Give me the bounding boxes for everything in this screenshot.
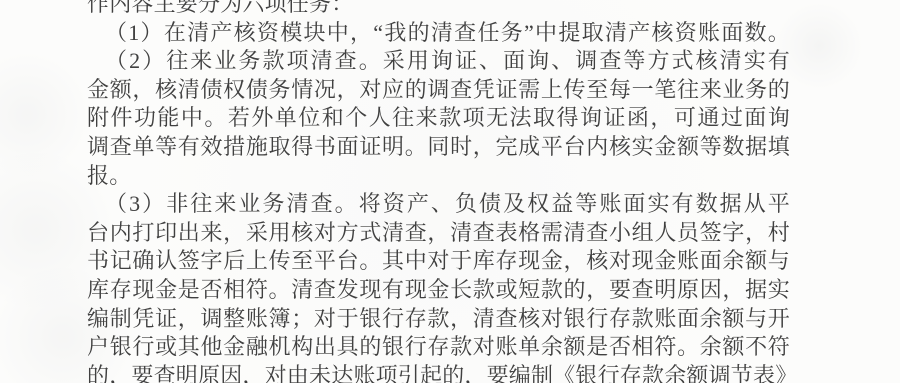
text-line: 附件功能中。若外单位和个人往来款项无法取得询证函，可通过面询单、	[87, 104, 790, 133]
document-page: 作内容主要分为六项任务： （1）在清产核资模块中，“我的清查任务”中提取清产核资…	[87, 0, 790, 383]
text-line: 的，要查明原因，对由未达账项引起的，要编制《银行存款余额调节表》	[87, 362, 790, 383]
text-line: 书记确认签字后上传至平台。其中对于库存现金，核对现金账面余额与	[87, 247, 790, 276]
text-line: 编制凭证，调整账簿；对于银行存款，清查核对银行存款账面余额与开	[87, 305, 790, 334]
text-line: （1）在清产核资模块中，“我的清查任务”中提取清产核资账面数。	[87, 19, 790, 48]
text-line: （3）非往来业务清查。将资产、负债及权益等账面实有数据从平	[87, 190, 790, 219]
text-line: 调查单等有效措施取得书面证明。同时，完成平台内核实金额等数据填	[87, 133, 790, 162]
text-line: 金额，核清债权债务情况，对应的调查凭证需上传至每一笔往来业务的	[87, 76, 790, 105]
text-line: 台内打印出来，采用核对方式清查，清查表格需清查小组人员签字，村	[87, 219, 790, 248]
text-line: 报。	[87, 162, 790, 191]
text-line: （2）往来业务款项清查。采用询证、面询、调查等方式核清实有	[87, 47, 790, 76]
text-line: 库存现金是否相符。清查发现有现金长款或短款的，要查明原因，据实	[87, 276, 790, 305]
text-line: 户银行或其他金融机构出具的银行存款对账单余额是否相符。余额不符	[87, 333, 790, 362]
text-line: 作内容主要分为六项任务：	[87, 0, 790, 19]
